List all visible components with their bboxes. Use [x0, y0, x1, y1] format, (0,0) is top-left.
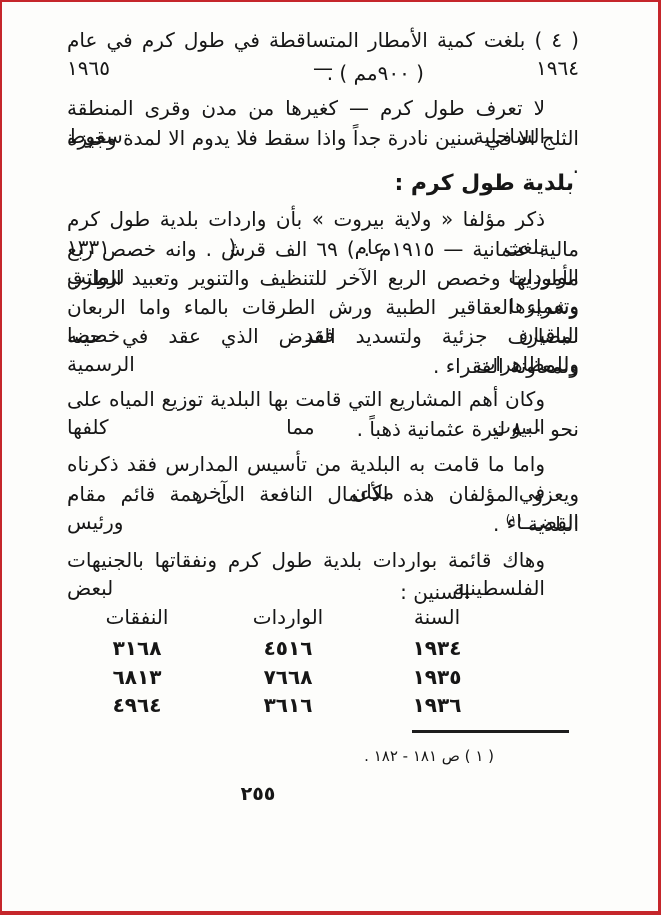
footnote-text: ( ١ ) ص ١٨١ - ١٨٢ . — [364, 746, 494, 766]
rain-note-line-1: ( ٤ ) بلغت كمية الأمطار المتساقطة في طول… — [67, 26, 579, 82]
schools-para-line-3: البلدية (١) . — [67, 510, 579, 538]
table-header-revenues: الواردات — [218, 604, 358, 630]
footnote-separator — [412, 730, 569, 733]
table-cell-revenue-1934: ٤٥١٦ — [218, 635, 358, 661]
table-header-expenses: النفقات — [67, 604, 207, 630]
list-intro-line-2: السنين : — [400, 578, 470, 606]
table-cell-year-1935: ١٩٣٥ — [367, 664, 507, 690]
list-intro-line-1: وهاك قائمة بواردات بلدية طول كرم ونفقاته… — [67, 546, 579, 602]
water-para-line-2: نحو ٨٠٠ ليرة عثمانية ذهباً . — [67, 415, 579, 443]
revenue-para-line-6: ولمعاونة الفقراء . — [67, 352, 579, 380]
table-cell-expense-1936: ٤٩٦٤ — [67, 692, 207, 718]
page-number: ٢٥٥ — [238, 783, 278, 805]
table-cell-revenue-1936: ٣٦١٦ — [218, 692, 358, 718]
scanned-book-page: ( ٤ ) بلغت كمية الأمطار المتساقطة في طول… — [0, 0, 661, 915]
table-cell-year-1934: ١٩٣٤ — [367, 635, 507, 661]
table-cell-year-1936: ١٩٣٦ — [367, 692, 507, 718]
section-heading-municipality: بلدية طول كرم : — [394, 169, 574, 199]
footnote-marker-ref: (١) — [506, 512, 522, 526]
table-cell-expense-1934: ٣١٦٨ — [67, 635, 207, 661]
schools-para-line-3-period: . — [493, 512, 499, 536]
rain-note-line-2: ( ٩٠٠مم ) . — [327, 59, 424, 87]
table-header-year: السنة — [367, 604, 507, 630]
table-cell-expense-1935: ٦٨١٣ — [67, 664, 207, 690]
schools-para-line-3-text: البلدية — [528, 512, 579, 536]
table-cell-revenue-1935: ٧٦٦٨ — [218, 664, 358, 690]
